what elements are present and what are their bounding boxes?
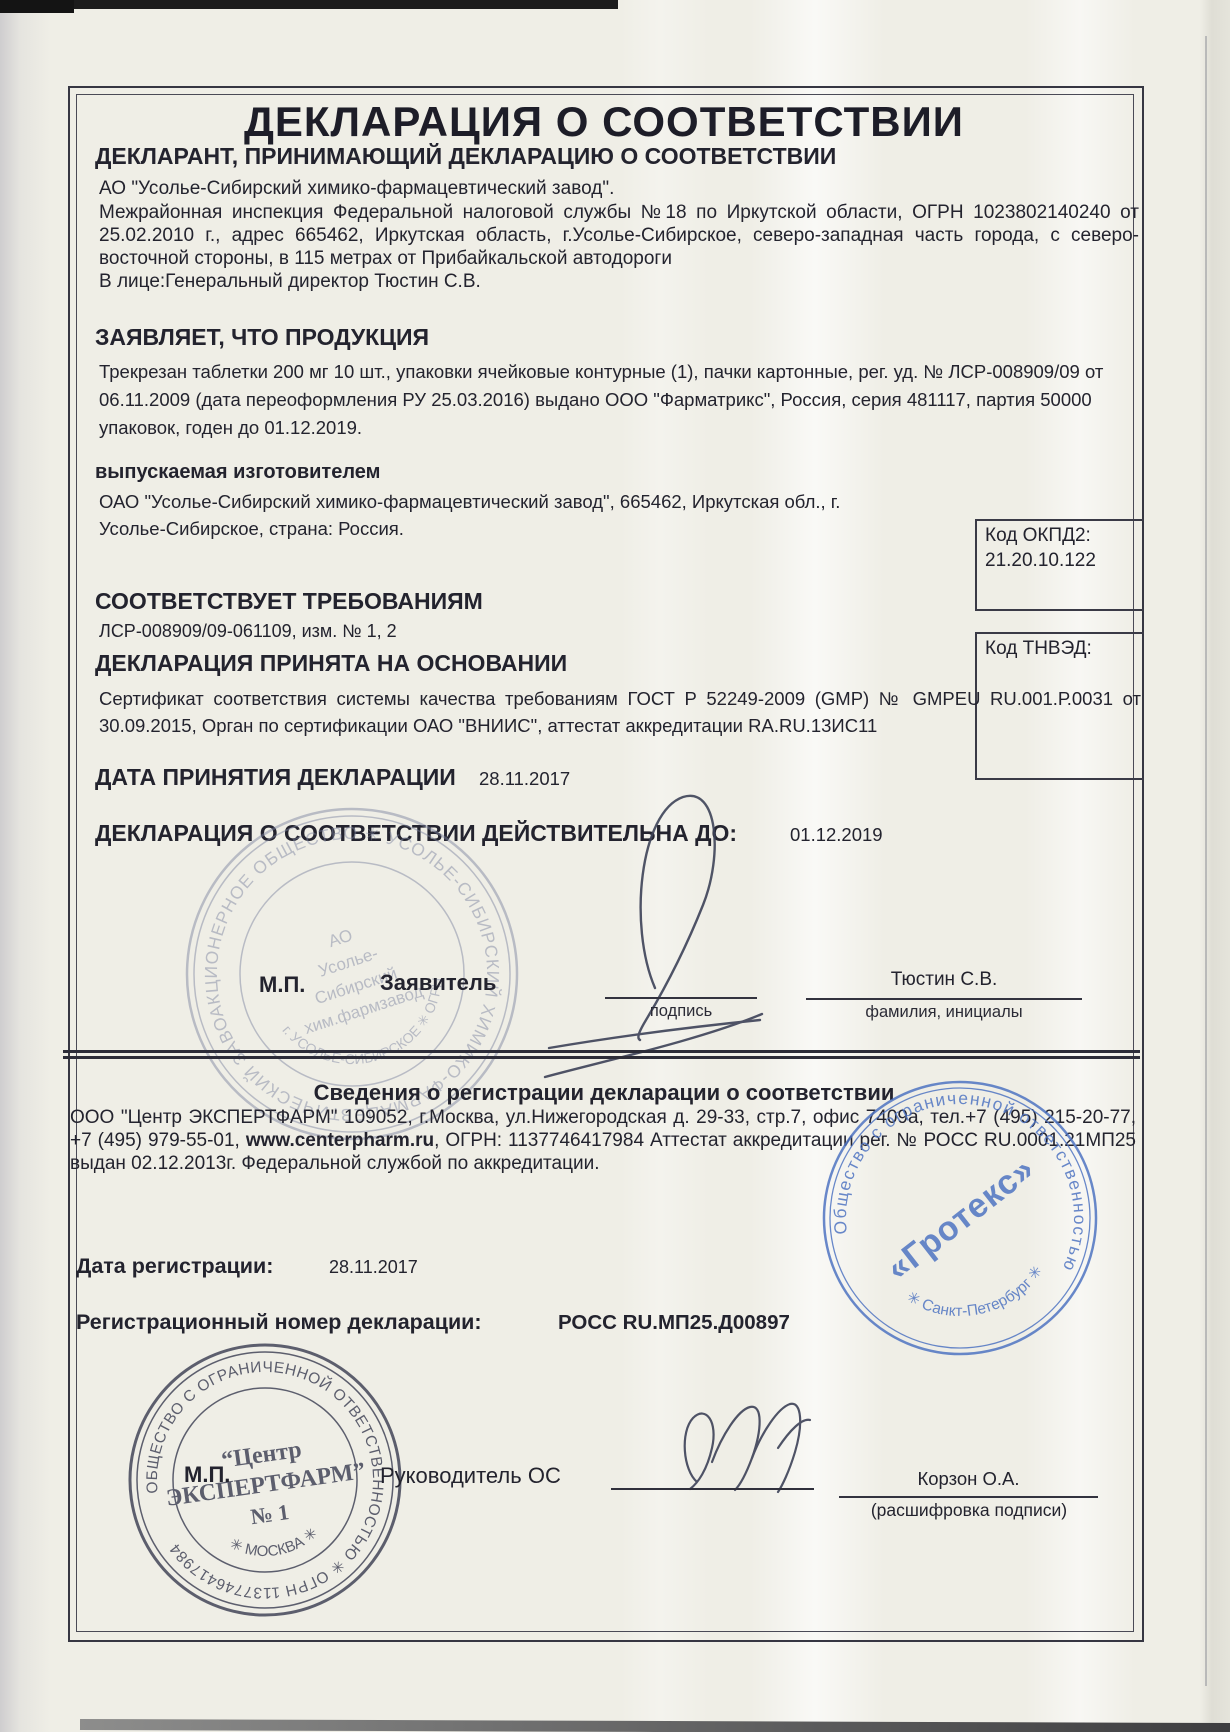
- scan-artifact-bottom-bar: [80, 1719, 1230, 1732]
- signature-line: [605, 986, 757, 999]
- head-name-caption: (расшифровка подписи): [829, 1500, 1109, 1521]
- mp-mark-declarant: М.П.: [259, 972, 305, 998]
- acceptance-date-label: ДАТА ПРИНЯТИЯ ДЕКЛАРАЦИИ: [95, 764, 456, 791]
- declarant-name-line: АО "Усолье-Сибирский химико-фармацевтиче…: [99, 177, 1139, 200]
- okpd2-label: Код ОКПД2:: [985, 525, 1144, 547]
- product-section-heading: ЗАЯВЛЯЕТ, ЧТО ПРОДУКЦИЯ: [95, 324, 429, 351]
- expertfarm-stamp-center-line3: № 1: [249, 1499, 291, 1529]
- registration-number-value: РОСС RU.МП25.Д00897: [558, 1311, 790, 1335]
- svg-text:✳ МОСКВА ✳: ✳ МОСКВА ✳: [225, 1523, 323, 1566]
- declarant-person-line: В лице:Генеральный директор Тюстин С.В.: [99, 270, 1139, 293]
- head-name-line: [839, 1485, 1098, 1498]
- registration-separator-bottom: [63, 1056, 1140, 1059]
- signatory-name-caption: фамилия, инициалы: [806, 1003, 1082, 1022]
- product-body: Трекрезан таблетки 200 мг 10 шт., упаков…: [99, 358, 1114, 442]
- grotex-stamp-center: «Гротекс»: [879, 1149, 1042, 1288]
- basis-section-heading: ДЕКЛАРАЦИЯ ПРИНЯТА НА ОСНОВАНИИ: [95, 650, 567, 677]
- applicant-signature: [530, 780, 790, 1090]
- manufacturer-body: ОАО "Усолье-Сибирский химико-фармацевтич…: [99, 488, 899, 542]
- svg-text:Общество с ограниченной ответс: Общество с ограниченной ответственностью: [806, 1064, 1104, 1324]
- page-title: ДЕКЛАРАЦИЯ О СООТВЕТСТВИИ: [68, 98, 1140, 146]
- registration-date-label: Дата регистрации:: [76, 1254, 273, 1279]
- expertfarm-round-stamp: ОБЩЕСТВО С ОГРАНИЧЕННОЙ ОТВЕТСТВЕННОСТЬЮ…: [115, 1340, 415, 1625]
- requirements-body: ЛСР-008909/09-061109, изм. № 1, 2: [99, 621, 397, 642]
- mp-mark-certification: М.П.: [184, 1462, 230, 1488]
- scan-artifact-top-corner: [0, 0, 74, 13]
- okpd2-code-box: Код ОКПД2: 21.20.10.122: [975, 519, 1144, 611]
- scan-artifact-top-bar: [0, 0, 618, 9]
- requirements-section-heading: СООТВЕТСТВУЕТ ТРЕБОВАНИЯМ: [95, 588, 483, 615]
- manufacturer-section-heading: выпускаемая изготовителем: [95, 461, 380, 484]
- tnved-label: Код ТНВЭД:: [985, 638, 1144, 660]
- expertfarm-stamp-ring-bottom: ✳ МОСКВА ✳: [225, 1523, 323, 1566]
- declarant-stamp-center-line1: АО: [326, 926, 355, 952]
- paper-right-edge: [1205, 36, 1207, 1686]
- scanned-declaration-page: ДЕКЛАРАЦИЯ О СООТВЕТСТВИИ ДЕКЛАРАНТ, ПРИ…: [0, 0, 1230, 1732]
- grotex-round-stamp: Общество с ограниченной ответственностью…: [810, 1075, 1110, 1365]
- registration-number-label: Регистрационный номер декларации:: [76, 1310, 482, 1335]
- validity-value: 01.12.2019: [790, 824, 883, 846]
- head-signature-line: [611, 1477, 814, 1490]
- applicant-role-label: Заявитель: [380, 970, 496, 996]
- declarant-body: Межрайонная инспекция Федеральной налого…: [99, 201, 1139, 270]
- grotex-stamp-ring-top: Общество с ограниченной ответственностью: [806, 1064, 1104, 1324]
- declarant-section-heading: ДЕКЛАРАНТ, ПРИНИМАЮЩИЙ ДЕКЛАРАЦИЮ О СООТ…: [95, 143, 836, 170]
- basis-body: Сертификат соответствия системы качества…: [99, 685, 1141, 739]
- registration-separator-top: [63, 1050, 1140, 1053]
- registration-date-value: 28.11.2017: [329, 1257, 418, 1278]
- signatory-name-line: [806, 987, 1082, 1000]
- signature-caption: подпись: [605, 1002, 757, 1021]
- okpd2-value: 21.20.10.122: [985, 550, 1144, 572]
- head-role-label: Руководитель ОС: [380, 1463, 561, 1489]
- registration-website: www.centerpharm.ru: [246, 1130, 434, 1151]
